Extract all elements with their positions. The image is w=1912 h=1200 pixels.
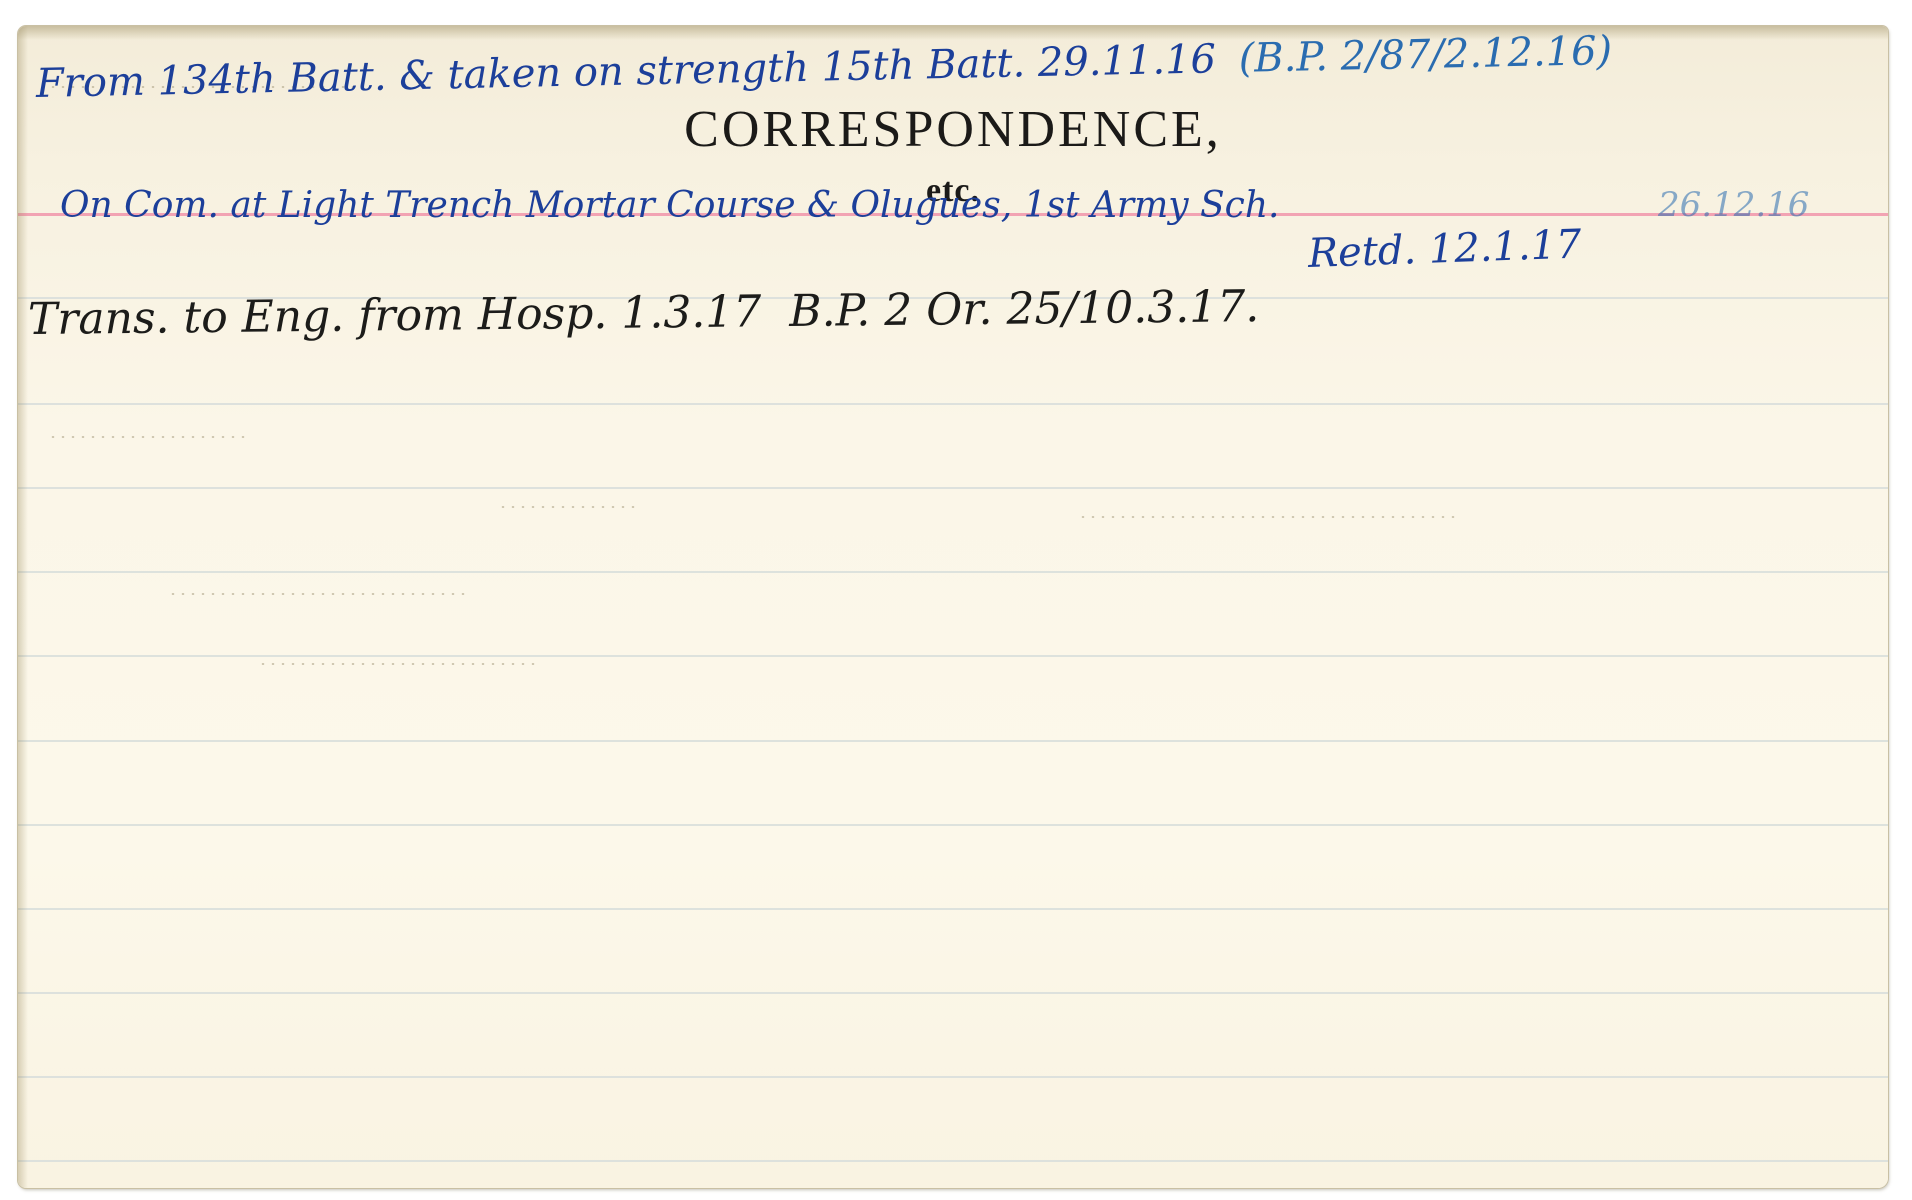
handwritten-entry-returned: Retd. 12.1.17 xyxy=(1307,224,1582,274)
ruled-line xyxy=(18,908,1888,910)
correspondence-record-card: CORRESPONDENCE, etc. From 134th Batt. & … xyxy=(18,26,1888,1188)
handwritten-entry-course-date: 26.12.16 xyxy=(1658,188,1809,222)
printed-heading: CORRESPONDENCE, xyxy=(18,100,1888,159)
entry-date: 26.12.16 xyxy=(1658,185,1809,225)
ruled-line xyxy=(18,403,1888,405)
ruled-line xyxy=(18,487,1888,489)
handwritten-entry-course-attachment: On Com. at Light Trench Mortar Course & … xyxy=(60,188,1279,224)
show-through-dots xyxy=(1078,516,1458,518)
entry-text: Trans. to Eng. from Hosp. 1.3.17 xyxy=(28,286,762,345)
entry-text: From 134th Batt. & taken on strength 15t… xyxy=(36,36,1217,107)
ruled-line xyxy=(18,740,1888,742)
ruled-line xyxy=(18,655,1888,657)
handwritten-entry-transfer-to-england: Trans. to Eng. from Hosp. 1.3.17 B.P. 2 … xyxy=(28,285,1260,342)
ruled-line xyxy=(18,1076,1888,1078)
entry-reference: B.P. 2 Or. 25/10.3.17. xyxy=(789,281,1259,337)
show-through-dots xyxy=(498,506,638,508)
ruled-line xyxy=(18,824,1888,826)
ruled-line xyxy=(18,571,1888,573)
entry-text: On Com. at Light Trench Mortar Course & … xyxy=(60,185,1279,226)
ruled-line xyxy=(18,992,1888,994)
show-through-dots xyxy=(258,663,538,665)
show-through-dots xyxy=(168,593,468,595)
handwritten-entry-transfer-from-134th: From 134th Batt. & taken on strength 15t… xyxy=(36,31,1613,104)
entry-text: Retd. 12.1.17 xyxy=(1307,221,1582,277)
entry-reference: (B.P. 2/87/2.12.16) xyxy=(1238,28,1612,82)
show-through-dots xyxy=(48,436,248,438)
ruled-line xyxy=(18,1160,1888,1162)
